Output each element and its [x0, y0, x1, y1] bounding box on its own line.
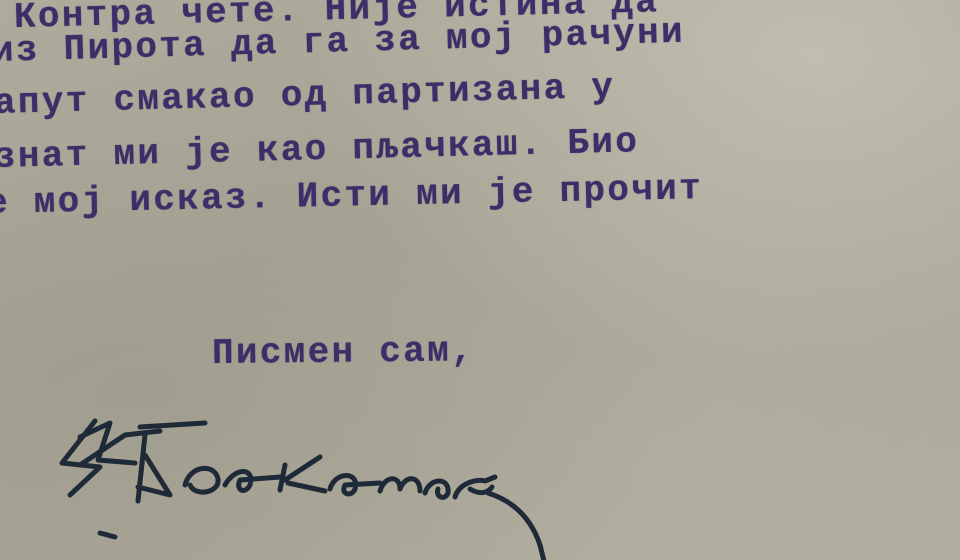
closing-line: Писмен сам,: [212, 333, 475, 372]
handwritten-signature: [40, 405, 600, 560]
